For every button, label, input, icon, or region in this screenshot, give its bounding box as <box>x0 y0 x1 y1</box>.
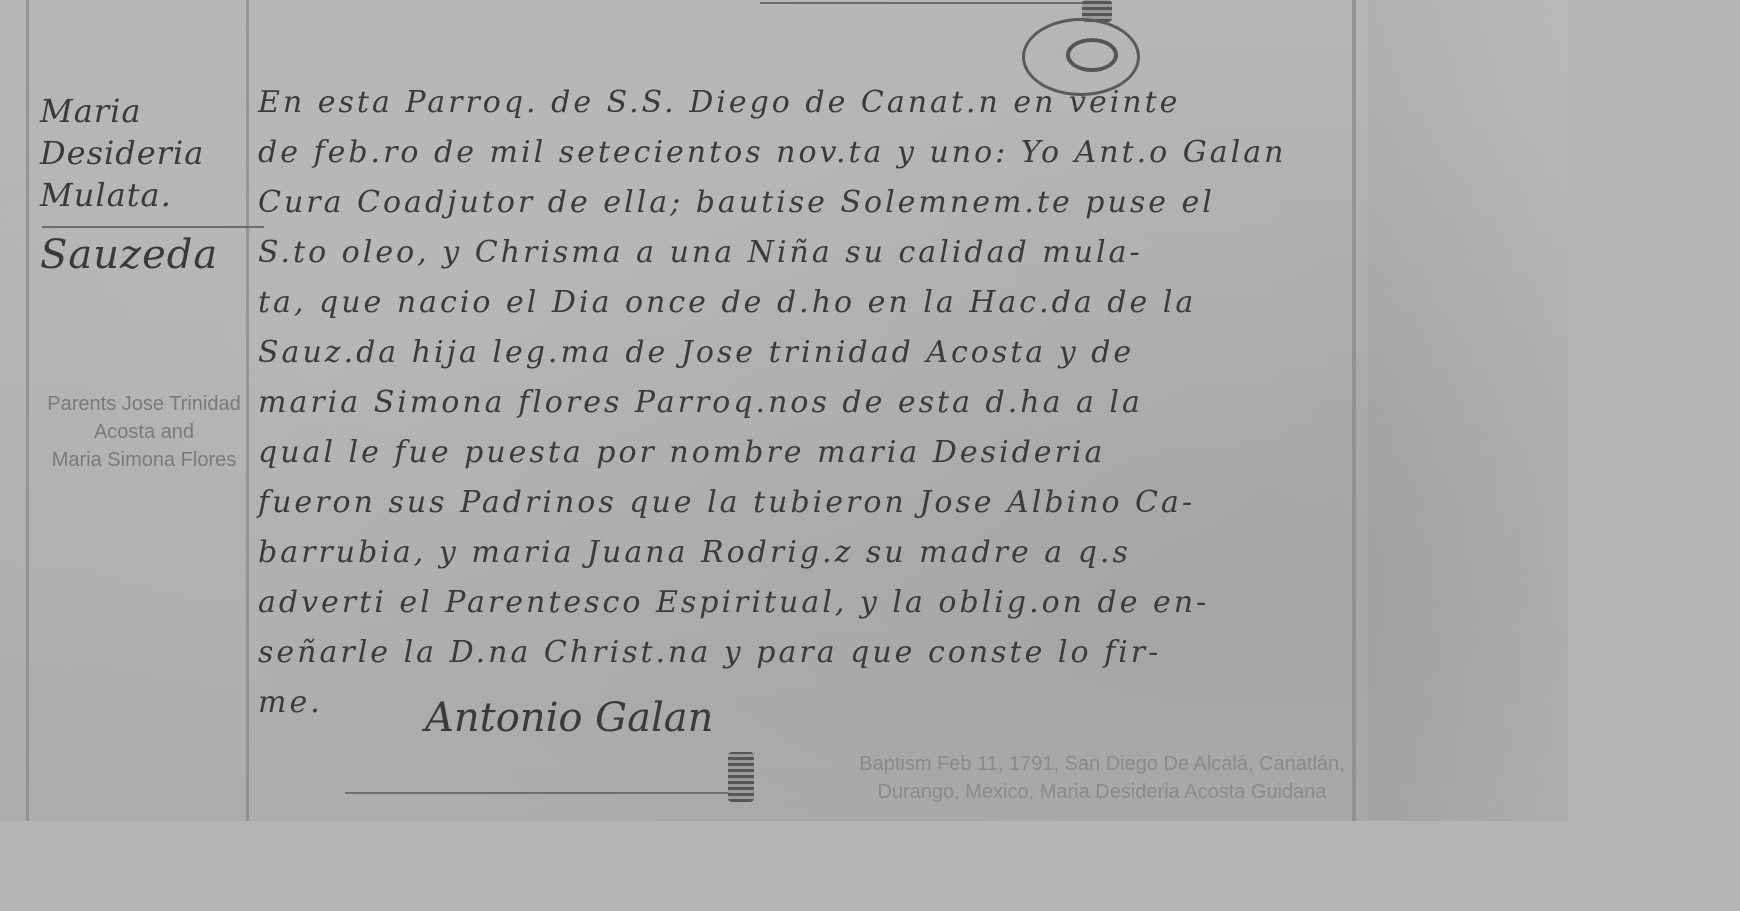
record-line: Cura Coadjutor de ella; bautise Solemnem… <box>258 178 1348 228</box>
right-margin-rule <box>1352 0 1356 821</box>
record-line: fueron sus Padrinos que la tubieron Jose… <box>258 478 1348 528</box>
record-line: señarle la D.na Christ.na y para que con… <box>258 628 1348 678</box>
caption-line: Durango, Mexico, Maria Desideria Acosta … <box>812 778 1392 806</box>
record-line: S.to oleo, y Chrisma a una Niña su calid… <box>258 228 1348 278</box>
margin-given-name: Maria <box>40 90 265 132</box>
record-line: me. <box>258 678 1348 728</box>
record-line: maria Simona flores Parroq.nos de esta d… <box>258 378 1348 428</box>
priest-signature: Antonio Galan <box>425 695 713 741</box>
adjacent-page-edge <box>1368 0 1568 821</box>
margin-second-name: Desideria <box>40 132 265 174</box>
margin-note: Maria Desideria Mulata. Sauzeda <box>40 90 265 276</box>
record-line: En esta Parroq. de S.S. Diego de Canat.n… <box>258 78 1348 128</box>
record-line: qual le fue puesta por nombre maria Desi… <box>258 428 1348 478</box>
document-image: Maria Desideria Mulata. Sauzeda En esta … <box>0 0 1568 821</box>
top-binding-thread <box>760 2 1090 4</box>
bottom-binding-thread <box>345 792 735 794</box>
image-caption: Baptism Feb 11, 1791, San Diego De Alcal… <box>812 750 1392 806</box>
record-line: de feb.ro de mil setecientos nov.ta y un… <box>258 128 1348 178</box>
binding-knot-bottom <box>728 752 754 802</box>
record-line: Sauz.da hija leg.ma de Jose trinidad Aco… <box>258 328 1348 378</box>
margin-calidad: Mulata. <box>40 174 265 216</box>
record-body: En esta Parroq. de S.S. Diego de Canat.n… <box>258 78 1348 728</box>
parents-annotation-line: Maria Simona Flores <box>28 446 260 474</box>
caption-line: Baptism Feb 11, 1791, San Diego De Alcal… <box>812 750 1392 778</box>
seal-loop-inner <box>1066 38 1118 72</box>
record-line: barrubia, y maria Juana Rodrig.z su madr… <box>258 528 1348 578</box>
parents-annotation: Parents Jose Trinidad Acosta and Maria S… <box>28 390 260 474</box>
margin-surname: Sauzeda <box>40 234 265 276</box>
parents-annotation-line: Acosta and <box>28 418 260 446</box>
record-line: adverti el Parentesco Espiritual, y la o… <box>258 578 1348 628</box>
record-line: ta, que nacio el Dia once de d.ho en la … <box>258 278 1348 328</box>
parents-annotation-line: Parents Jose Trinidad <box>28 390 260 418</box>
